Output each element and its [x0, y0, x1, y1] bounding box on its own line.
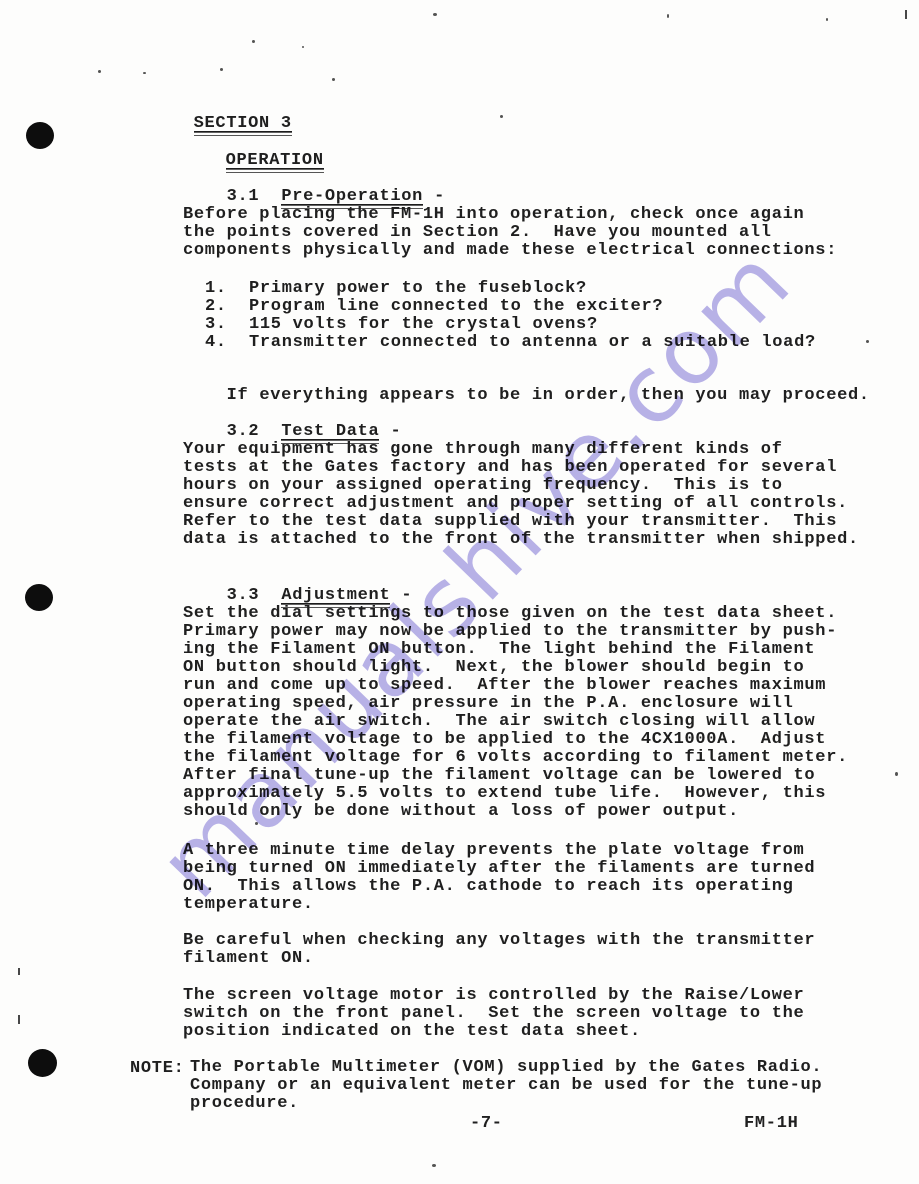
text-line: If everything appears to be in order, th… [227, 386, 870, 405]
subsection-number: 3.1 [227, 187, 260, 206]
operation-heading: OPERATION [182, 134, 324, 152]
subsection-dash: - [401, 586, 412, 605]
checklist-item-text: Primary power to the fuseblock? [249, 279, 587, 298]
scan-speck [500, 115, 503, 118]
checklist-item-text: Transmitter connected to antenna or a su… [249, 333, 816, 352]
text-line: Primary power may now be applied to the … [183, 623, 848, 641]
page-number: -7- [470, 1114, 503, 1133]
scan-speck [220, 68, 223, 71]
checklist-item-number: 3. [205, 315, 227, 334]
para-time-delay: A three minute time delay prevents the p… [183, 842, 815, 914]
scan-speck [255, 822, 258, 825]
scan-speck [332, 78, 335, 81]
subsection-heading-3-2: 3.2Test Data- [183, 405, 401, 423]
text-line: A three minute time delay prevents the p… [183, 842, 815, 860]
checklist-item-text: 115 volts for the crystal ovens? [249, 315, 598, 334]
text-line: the points covered in Section 2. Have yo… [183, 224, 837, 242]
text-line: filament ON. [183, 950, 815, 968]
scan-speck [866, 340, 869, 343]
subsection-dash: - [434, 187, 445, 206]
scan-speck [18, 968, 20, 975]
text-line: The Portable Multimeter (VOM) supplied b… [190, 1059, 822, 1077]
text-line: tests at the Gates factory and has been … [183, 459, 859, 477]
scan-speck [252, 40, 255, 43]
subsection-number: 3.2 [227, 422, 260, 441]
scan-speck [18, 1015, 20, 1024]
checklist-item-number: 2. [205, 297, 227, 316]
text-line: Set the dial settings to those given on … [183, 605, 848, 623]
text-line: ON button should light. Next, the blower… [183, 659, 848, 677]
text-line: being turned ON immediately after the fi… [183, 860, 815, 878]
scan-speck [905, 10, 907, 19]
text-line: Refer to the test data supplied with you… [183, 513, 859, 531]
scan-speck [433, 13, 437, 16]
text-line: approximately 5.5 volts to extend tube l… [183, 785, 848, 803]
text-line: Be careful when checking any voltages wi… [183, 932, 815, 950]
para-test-data: Your equipment has gone through many dif… [183, 441, 859, 549]
para-caution: Be careful when checking any voltages wi… [183, 932, 815, 968]
text-line: procedure. [190, 1095, 822, 1113]
text-line: components physically and made these ele… [183, 242, 837, 260]
scan-speck [895, 772, 898, 776]
subsection-heading-3-1: 3.1Pre-Operation- [183, 170, 445, 188]
text-line: switch on the front panel. Set the scree… [183, 1005, 804, 1023]
para-adjustment: Set the dial settings to those given on … [183, 605, 848, 821]
text-line: Company or an equivalent meter can be us… [190, 1077, 822, 1095]
text-line: position indicated on the test data shee… [183, 1023, 804, 1041]
hole-punch-mark [25, 584, 53, 611]
text-line: hours on your assigned operating frequen… [183, 477, 859, 495]
scanned-manual-page: SECTION 3 OPERATION 3.1Pre-Operation- Be… [0, 0, 919, 1184]
text-line: the filament voltage to be applied to th… [183, 731, 848, 749]
text-line: Before placing the FM-1H into operation,… [183, 206, 837, 224]
note-label: NOTE: [130, 1059, 185, 1078]
checklist-item-number: 4. [205, 333, 227, 352]
scan-speck [826, 18, 828, 21]
text-line: ON. This allows the P.A. cathode to reac… [183, 878, 815, 896]
text-line: run and come up to speed. After the blow… [183, 677, 848, 695]
para-proceed: If everything appears to be in order, th… [183, 369, 870, 387]
subsection-heading-3-3: 3.3Adjustment- [183, 569, 412, 587]
text-line: operate the air switch. The air switch c… [183, 713, 848, 731]
text-line: ensure correct adjustment and proper set… [183, 495, 859, 513]
scan-speck [143, 72, 146, 74]
section-heading: SECTION 3 [150, 97, 292, 115]
text-line: the filament voltage for 6 volts accordi… [183, 749, 848, 767]
scan-speck [432, 1164, 436, 1167]
scan-speck [302, 46, 304, 48]
text-line: The screen voltage motor is controlled b… [183, 987, 804, 1005]
subsection-dash: - [390, 422, 401, 441]
checklist-item-number: 1. [205, 279, 227, 298]
scan-speck [98, 70, 101, 73]
text-line: should only be done without a loss of po… [183, 803, 848, 821]
checklist-item-text: Program line connected to the exciter? [249, 297, 663, 316]
note-body: The Portable Multimeter (VOM) supplied b… [190, 1059, 822, 1113]
text-line: After final tune-up the filament voltage… [183, 767, 848, 785]
para-screen-voltage: The screen voltage motor is controlled b… [183, 987, 804, 1041]
note-block: NOTE: The Portable Multimeter (VOM) supp… [0, 1059, 919, 1113]
scan-speck [667, 14, 669, 18]
text-line: temperature. [183, 896, 815, 914]
hole-punch-mark [26, 122, 54, 149]
subsection-number: 3.3 [227, 586, 260, 605]
text-line: ing the Filament ON button. The light be… [183, 641, 848, 659]
text-line: data is attached to the front of the tra… [183, 531, 859, 549]
para-pre-operation: Before placing the FM-1H into operation,… [183, 206, 837, 260]
text-line: Your equipment has gone through many dif… [183, 441, 859, 459]
text-line: operating speed, air pressure in the P.A… [183, 695, 848, 713]
model-number: FM-1H [744, 1114, 799, 1133]
